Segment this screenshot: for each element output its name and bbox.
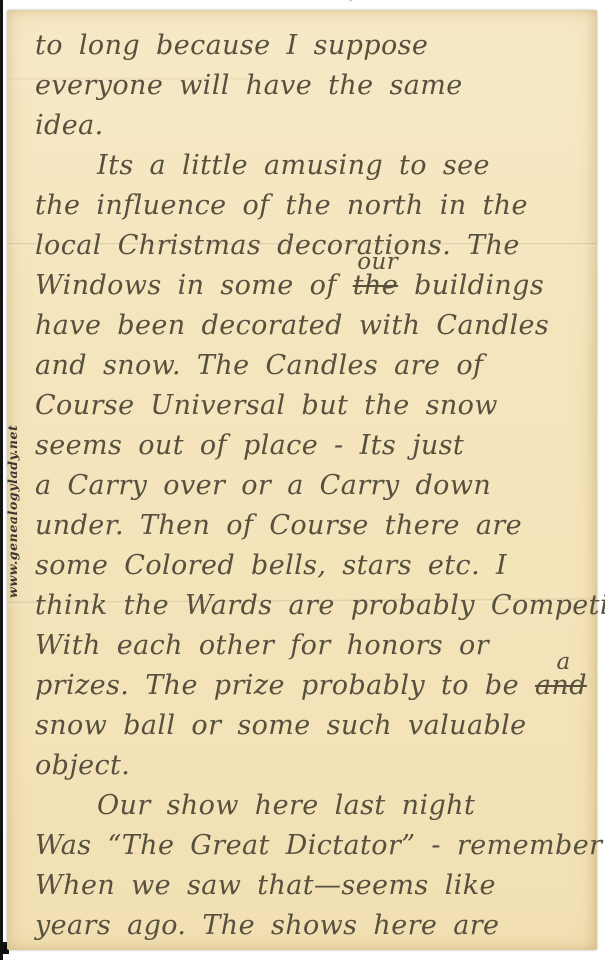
letter-text-segment: buildings: [398, 270, 544, 301]
letter-text-segment: snow ball or some such valuable: [35, 710, 527, 741]
letter-line: years ago. The shows here are: [35, 906, 579, 946]
letter-text-segment: object.: [35, 750, 130, 781]
letter-text-segment: some Colored bells, stars etc. I: [35, 550, 507, 581]
scanner-edge: [0, 0, 3, 960]
letter-text-segment: think the Wards are probably Competing: [35, 590, 605, 621]
letter-text-segment: Our show here last night: [97, 790, 475, 821]
letter-text-segment: to long because I suppose: [35, 30, 428, 61]
letter-line: prizes. The prize probably to be aand: [35, 666, 579, 706]
letter-text-segment: idea.: [35, 110, 104, 141]
letter-line: snow ball or some such valuable: [35, 706, 579, 746]
letter-line: under. Then of Course there are: [35, 506, 579, 546]
letter-line: object.: [35, 746, 579, 786]
letter-line: Windows in some of ourthe buildings: [35, 266, 579, 306]
letter-line: Its a little amusing to see: [35, 146, 579, 186]
scanned-letter: ″ www.genealogylady.net to long because …: [0, 0, 605, 960]
letter-line: idea.: [35, 106, 579, 146]
letter-line: a Carry over or a Carry down: [35, 466, 579, 506]
letter-line: think the Wards are probably Competing: [35, 586, 579, 626]
handwritten-correction: aand: [535, 666, 587, 706]
letter-text-segment: Was “The Great Dictator” - remember: [35, 830, 602, 861]
letter-line: Was “The Great Dictator” - remember: [35, 826, 579, 866]
letter-line: some Colored bells, stars etc. I: [35, 546, 579, 586]
letter-line: Course Universal but the snow: [35, 386, 579, 426]
letter-text-segment: everyone will have the same: [35, 70, 463, 101]
letter-body: to long because I supposeeveryone will h…: [35, 26, 579, 946]
letter-text-segment: With each other for honors or: [35, 630, 489, 661]
letter-text-segment: prizes. The prize probably to be: [35, 670, 535, 701]
letter-line: everyone will have the same: [35, 66, 579, 106]
letter-paper: www.genealogylady.net to long because I …: [7, 10, 597, 950]
letter-text-segment: years ago. The shows here are: [35, 910, 499, 941]
letter-line: the influence of the north in the: [35, 186, 579, 226]
letter-text-segment: under. Then of Course there are: [35, 510, 522, 541]
letter-text-segment: Course Universal but the snow: [35, 390, 498, 421]
letter-line: and snow. The Candles are of: [35, 346, 579, 386]
letter-line: to long because I suppose: [35, 26, 579, 66]
letter-text-segment: the influence of the north in the: [35, 190, 528, 221]
letter-line: local Christmas decorations. The: [35, 226, 579, 266]
watermark: www.genealogylady.net: [5, 350, 20, 598]
letter-text-segment: and snow. The Candles are of: [35, 350, 483, 381]
letter-text-segment: a Carry over or a Carry down: [35, 470, 491, 501]
letter-line: seems out of place - Its just: [35, 426, 579, 466]
letter-text-segment: have been decorated with Candles: [35, 310, 549, 341]
letter-text-segment: Windows in some of: [35, 270, 353, 301]
letter-text-segment: When we saw that—seems like: [35, 870, 496, 901]
letter-text-segment: local Christmas decorations. The: [35, 230, 520, 261]
letter-line: With each other for honors or: [35, 626, 579, 666]
letter-line: When we saw that—seems like: [35, 866, 579, 906]
letter-line: Our show here last night: [35, 786, 579, 826]
letter-text-segment: seems out of place - Its just: [35, 430, 464, 461]
inserted-word: a: [556, 651, 570, 674]
handwritten-correction: ourthe: [353, 266, 398, 306]
letter-text-segment: Its a little amusing to see: [97, 150, 490, 181]
letter-line: have been decorated with Candles: [35, 306, 579, 346]
inserted-word: our: [357, 251, 398, 274]
